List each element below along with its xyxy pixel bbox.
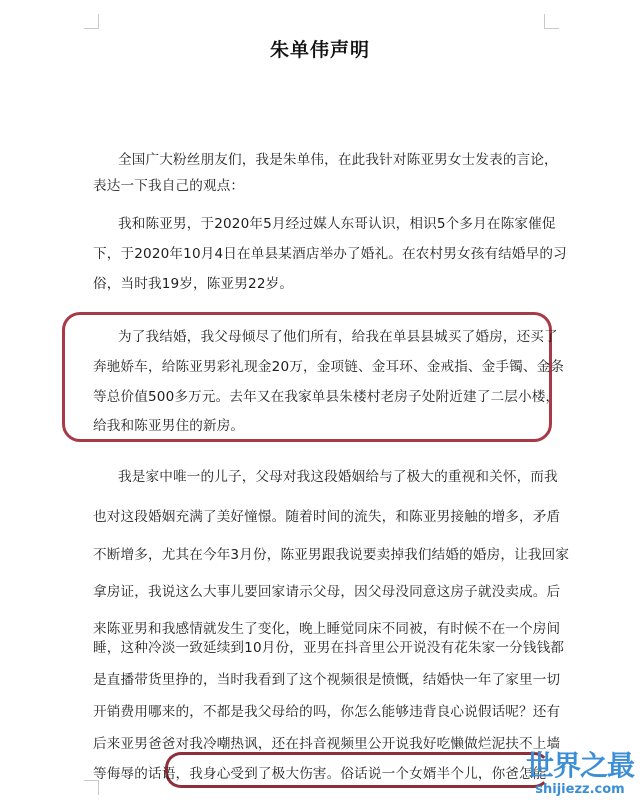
paragraph-4-line-6: 睡，这种冷淡一致延续到10月份，亚男在抖音里公开说没有花朱家一分钱钱都 <box>93 636 564 656</box>
paragraph-2-line-3: 俗，当时我19岁，陈亚男22岁。 <box>93 272 293 292</box>
paragraph-1-line-1: 全国广大粉丝朋友们，我是朱单伟，在此我针对陈亚男女士发表的言论， <box>118 148 558 168</box>
paragraph-3-line-1: 为了我结婚，我父母倾尽了他们所有，给我在单县县城买了婚房，还买了 <box>118 325 558 345</box>
paragraph-3-line-3: 等总价值500多万元。去年又在我家单县朱楼村老房子处附近建了二层小楼， <box>93 385 559 405</box>
paragraph-2-line-1: 我和陈亚男，于2020年5月经过媒人东哥认识，相识5个多月在陈家催促 <box>118 212 556 232</box>
watermark-url: shijiezz.com <box>520 782 640 798</box>
page-corner-mark-top-right <box>544 14 559 29</box>
watermark-title: 世界之最 <box>520 750 640 782</box>
watermark-logo: 世界之最 shijiezz.com <box>520 750 640 812</box>
paragraph-1-line-2: 表达一下我自己的观点： <box>93 174 244 194</box>
document-title: 朱单伟声明 <box>0 35 640 62</box>
paragraph-4-line-7: 是直播带货里挣的，当时我看到了这个视频很是愤慨，结婚快一年了家里一切 <box>93 668 560 688</box>
paragraph-4-line-10: 等侮辱的话语，我身心受到了极大伤害。俗话说一个女婿半个儿，你爸怎能 <box>93 762 547 782</box>
paragraph-4-line-2: 也对这段婚姻充满了美好憧憬。随着时间的流失，和陈亚男接触的增多，矛盾 <box>93 505 560 525</box>
paragraph-4-line-1: 我是家中唯一的儿子，父母对我这段婚姻给与了极大的重视和关怀，而我 <box>118 465 558 485</box>
paragraph-3-line-4: 给我和陈亚男住的新房。 <box>93 414 244 434</box>
paragraph-4-line-4: 拿房证，我说这么大事儿要回家请示父母，因父母没同意这房子就没卖成。后 <box>93 580 560 600</box>
paragraph-4-line-5: 来陈亚男和我感情就发生了变化，晚上睡觉同床不同被，有时候不在一个房间 <box>93 617 560 637</box>
paragraph-4-line-9: 后来亚男爸爸对我冷嘲热讽，还在抖音视频里公开说我好吃懒做烂泥扶不上墙 <box>93 732 560 752</box>
page-corner-mark-top-left <box>84 14 99 29</box>
paragraph-4-line-3: 不断增多，尤其在今年3月份，陈亚男跟我说要卖掉我们结婚的婚房，让我回家 <box>93 543 569 563</box>
document-page: 朱单伟声明 全国广大粉丝朋友们，我是朱单伟，在此我针对陈亚男女士发表的言论， 表… <box>0 0 640 812</box>
page-corner-mark-bottom-left <box>84 780 99 795</box>
paragraph-2-line-2: 下，于2020年10月4日在单县某酒店举办了婚礼。在农村男女孩有结婚早的习 <box>93 242 567 262</box>
paragraph-3-line-2: 奔驰娇车，给陈亚男彩礼现金20万，金项链、金耳环、金戒指、金手镯、金条 <box>93 355 564 375</box>
paragraph-4-line-8: 开销费用哪来的，不都是我父母给的吗，你怎么能够违背良心说假话呢？还有 <box>93 700 560 720</box>
